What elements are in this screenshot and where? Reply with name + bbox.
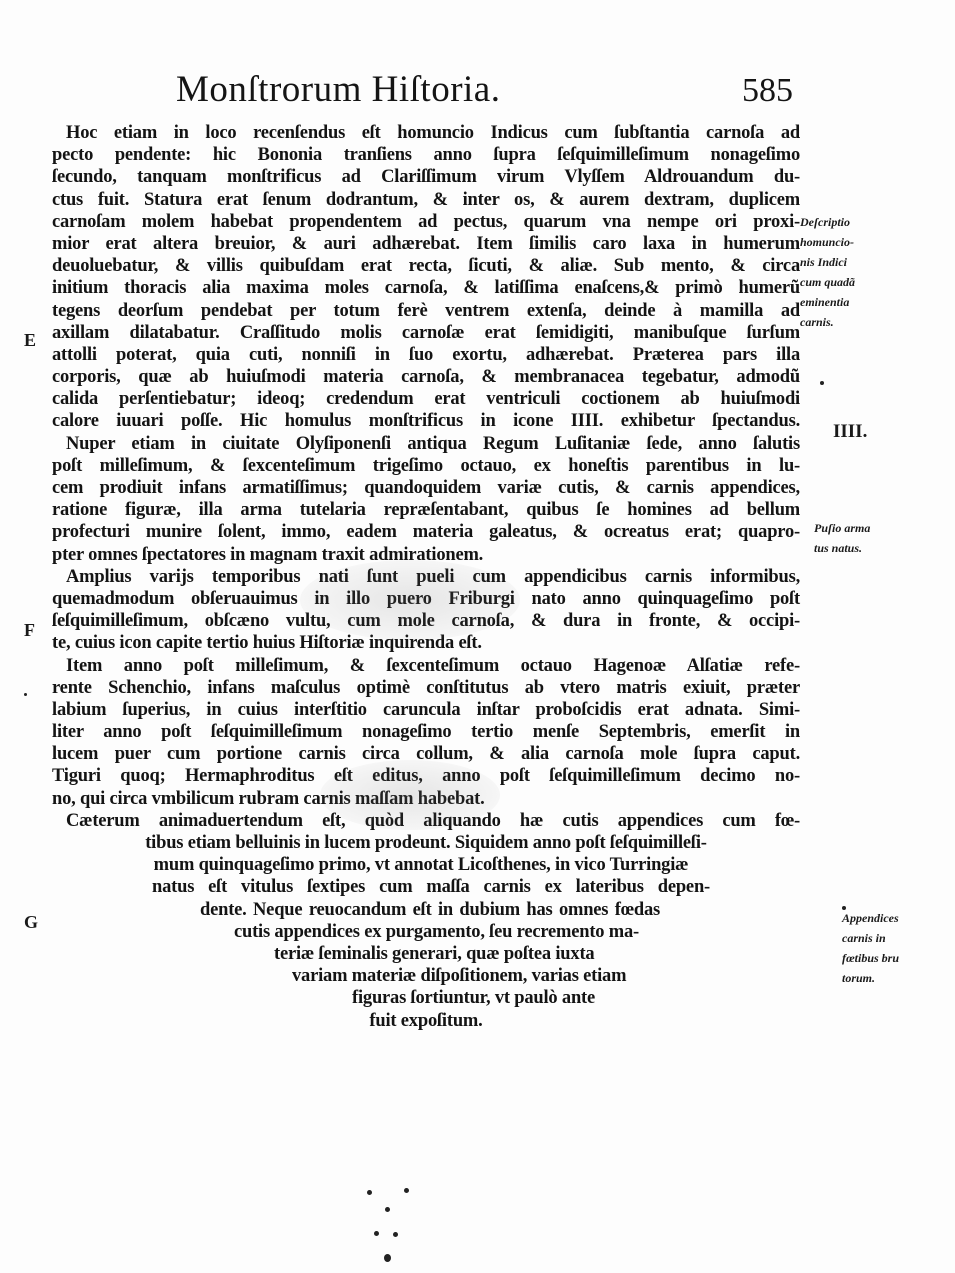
section-letter-e: E xyxy=(24,330,36,351)
text-line: deuoluebatur, & villis quibuſdam erat re… xyxy=(52,255,800,277)
document-page: Monſtrorum Hiſtoria. 585 Hoc etiam in lo… xyxy=(0,0,955,1273)
scan-smudge xyxy=(300,560,520,640)
ink-speck xyxy=(842,906,846,910)
margin-note-line: cum quadã xyxy=(800,272,855,292)
ink-speck xyxy=(384,1254,391,1262)
text-line: ſecundo, tanquam monſtrificus ad Clariſſ… xyxy=(52,166,800,188)
text-line: tibus etiam belluinis in lucem prodeunt.… xyxy=(52,832,800,854)
text-line: carnoſam molem habebat propendentem ad p… xyxy=(52,211,800,233)
page-number: 585 xyxy=(742,72,793,110)
figure-reference: IIII. xyxy=(833,421,867,443)
text-line: liter anno poſt ſeſquimilleſimum nonageſ… xyxy=(52,721,800,743)
text-line: rente Schenchio, infans maſculus optimè … xyxy=(52,677,800,699)
text-line: cem prodiuit infans armatiſſimus; quando… xyxy=(52,477,800,499)
margin-note-line: eminentia xyxy=(800,292,855,312)
text-line: calore iuuari poſſe. Hic homulus monſtri… xyxy=(52,410,800,432)
text-line: calida perſentiebatur; ideoq; credendum … xyxy=(52,388,800,410)
margin-note-line: Puſio arma xyxy=(814,518,870,538)
text-line: mum quinquageſimo primo, vt annotat Lico… xyxy=(52,854,800,876)
text-line: mior erat altera breuior, & auri adhæreb… xyxy=(52,233,800,255)
text-line: profecturi munire ſolent, immo, eadem ma… xyxy=(52,521,800,543)
text-line: axillam dilatabatur. Craſſitudo molis ca… xyxy=(52,322,800,344)
text-line: attolli poterat, quia cuti, nonniſi in ſ… xyxy=(52,344,800,366)
margin-note-line: torum. xyxy=(842,968,899,988)
ink-speck xyxy=(820,381,824,385)
margin-note-line: carnis in xyxy=(842,928,899,948)
ink-speck xyxy=(385,1207,390,1212)
scan-smudge xyxy=(320,760,500,830)
text-line: figuras ſortiuntur, vt paulò ante xyxy=(52,987,800,1009)
margin-note-line: nis Indici xyxy=(800,252,855,272)
text-line: Nuper etiam in ciuitate Olyſiponenſi ant… xyxy=(52,433,800,455)
ink-speck xyxy=(24,693,27,696)
margin-note-line: tus natus. xyxy=(814,538,870,558)
margin-note-line: Deſcriptio xyxy=(800,212,855,232)
margin-note-line: carnis. xyxy=(800,312,855,332)
ink-speck xyxy=(393,1232,398,1237)
text-line: natus eſt vitulus ſextipes cum maſſa car… xyxy=(52,876,800,898)
margin-note-line: homuncio- xyxy=(800,232,855,252)
text-line: variam materiæ diſpoſitionem, varias eti… xyxy=(52,965,800,987)
margin-note-line: Appendices xyxy=(842,908,899,928)
text-line: poſt milleſimum, & ſexcenteſimum trigeſi… xyxy=(52,455,800,477)
text-line: corporis, quæ ab huiuſmodi materia carno… xyxy=(52,366,800,388)
text-line: teriæ ſeminalis generari, quæ poſtea iux… xyxy=(52,943,800,965)
text-line: ctus fuit. Statura erat ſenum dodrantum,… xyxy=(52,189,800,211)
text-line: Item anno poſt milleſimum, & ſexcenteſim… xyxy=(52,655,800,677)
running-title: Monſtrorum Hiſtoria. xyxy=(176,68,500,111)
text-line: fuit expoſitum. xyxy=(52,1010,800,1032)
margin-note-appendices: Appendices carnis in fœtibus bru torum. xyxy=(842,908,899,988)
text-line: pecto pendente: hic Bononia tranſiens an… xyxy=(52,144,800,166)
text-line: cutis appendices ex purgamento, ſeu recr… xyxy=(52,921,800,943)
text-line: tegens deorſum pendebat per totum ferè v… xyxy=(52,300,800,322)
margin-note-description: Deſcriptio homuncio- nis Indici cum quad… xyxy=(800,212,855,332)
section-letter-f: F xyxy=(24,620,35,641)
text-line: labium ſuperius, in cuius interſtitio ca… xyxy=(52,699,800,721)
section-letter-g: G xyxy=(24,912,38,933)
ink-speck xyxy=(404,1188,409,1193)
ink-speck xyxy=(367,1190,372,1195)
text-line: dente. Neque reuocandum eſt in dubium ha… xyxy=(52,899,800,921)
text-line: Hoc etiam in loco recenſendus eſt homunc… xyxy=(52,122,800,144)
text-line: ratione figuræ, illa arma tutelaria repr… xyxy=(52,499,800,521)
margin-note-armed-boy: Puſio arma tus natus. xyxy=(814,518,870,558)
text-line: initium thoracis alia maxima moles carno… xyxy=(52,277,800,299)
margin-note-line: fœtibus bru xyxy=(842,948,899,968)
ink-speck xyxy=(374,1231,379,1236)
